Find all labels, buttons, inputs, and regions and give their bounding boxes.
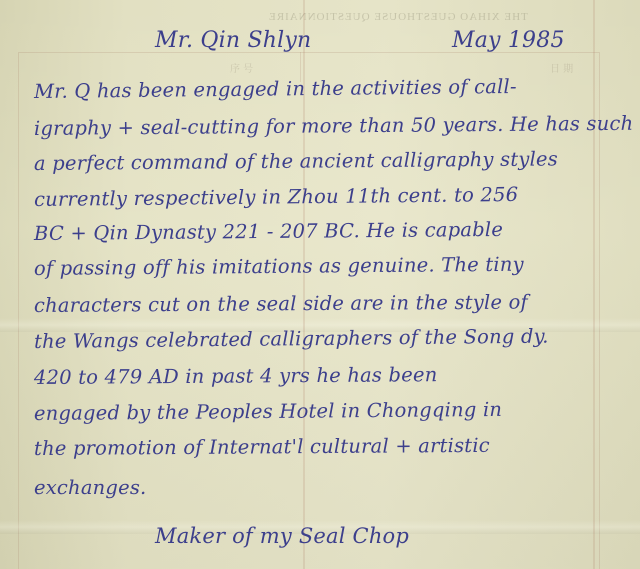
- body-line-5: BC + Qin Dynasty 221 - 207 BC. He is cap…: [34, 218, 503, 245]
- paper-crease-vertical-right: [593, 0, 595, 569]
- bleed-through-mark-date: 日 期: [550, 60, 573, 75]
- signature-line: Maker of my Seal Chop: [155, 524, 409, 548]
- body-line-12: exchanges.: [34, 476, 146, 499]
- body-line-7: characters cut on the seal side are in t…: [34, 291, 528, 317]
- body-line-3: a perfect command of the ancient calligr…: [34, 147, 558, 175]
- bleed-through-mark-serial: 序 号: [230, 60, 253, 75]
- body-line-9: 420 to 479 AD in past 4 yrs he has been: [34, 363, 438, 389]
- body-line-10: engaged by the Peoples Hotel in Chongqin…: [34, 398, 502, 425]
- body-line-6: of passing off his imitations as genuine…: [34, 253, 524, 280]
- body-line-11: the promotion of Internat'l cultural + a…: [34, 434, 490, 460]
- bleed-through-header: THE XIHAO GUESTHOUSE QUESTIONNAIRE: [268, 11, 528, 23]
- title-date: May 1985: [452, 28, 565, 53]
- title-name: Mr. Qin Shlyn: [155, 28, 311, 53]
